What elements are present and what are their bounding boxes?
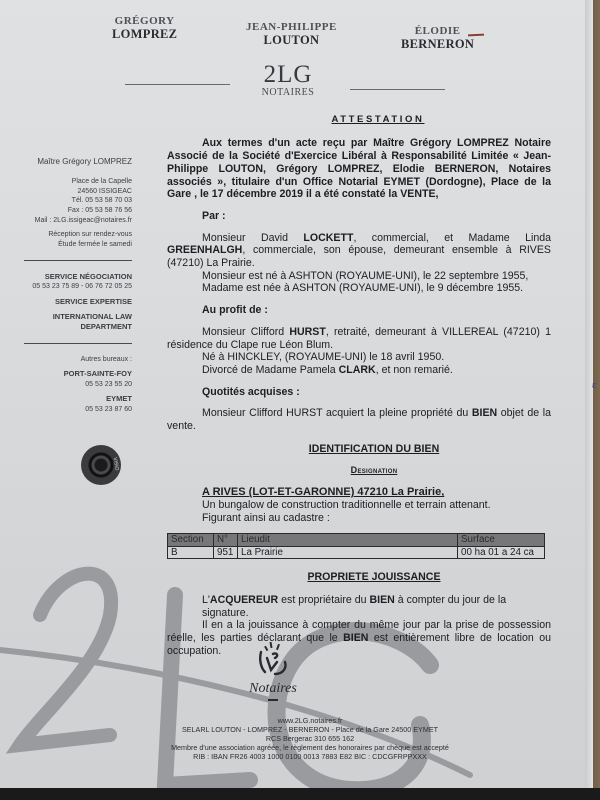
seller-birth-m: Monsieur est né à ASHTON (ROYAUME-UNI), … xyxy=(167,270,551,283)
designation-title: Designation xyxy=(197,465,551,476)
buyer-birth: Né à HINCKLEY, (ROYAUME-UNI) le 18 avril… xyxy=(167,351,551,364)
table-header-row: Section N° Lieudit Surface xyxy=(168,533,545,546)
office-sidebar: Maître Grégory LOMPREZ Place de la Capel… xyxy=(10,156,132,414)
partner-first-name: JEAN-PHILIPPE xyxy=(246,22,337,34)
other-offices-label: Autres bureaux : xyxy=(10,355,132,365)
attestation-document: GRÉGORY LOMPREZ JEAN-PHILIPPE LOUTON ÉLO… xyxy=(0,0,585,788)
partner-louton: JEAN-PHILIPPE LOUTON xyxy=(246,22,337,47)
table-surface xyxy=(0,788,600,800)
document-footer: www.2LG.notaires.fr SELARL LOUTON - LOMP… xyxy=(100,716,520,761)
sidebar-divider xyxy=(24,260,132,261)
seller-birth-f: Madame est née à ASHTON (ROYAUME-UNI), l… xyxy=(167,282,551,295)
cell-lieudit: La Prairie xyxy=(238,546,458,559)
hours-line: Réception sur rendez-vous xyxy=(10,230,132,240)
office-address: Place de la Capelle 24560 ISSIGEAC Tél. … xyxy=(10,177,132,225)
marianne-icon xyxy=(253,640,293,678)
phone-line: Tél. 05 53 58 70 03 xyxy=(10,196,132,206)
jouissance-line-1: L'ACQUEREUR est propriétaire du BIEN à c… xyxy=(167,594,551,619)
company-line: SELARL LOUTON - LOMPREZ - BERNERON - Pla… xyxy=(100,725,520,734)
quotites-paragraph: Monsieur Clifford HURST acquiert la plei… xyxy=(167,407,551,432)
sellers-paragraph: Monsieur David LOCKETT, commercial, et M… xyxy=(167,232,551,270)
office-phone: 05 53 23 55 20 xyxy=(10,380,132,390)
column-header: Section xyxy=(168,533,214,546)
profit-label: Au profit de : xyxy=(167,304,551,317)
rcs-line: RCS Bergerac 310 655 162 xyxy=(100,734,520,743)
partner-last-name: BERNERON xyxy=(401,38,474,51)
office-phone: 05 53 23 87 60 xyxy=(10,405,132,415)
cadastre-intro: Figurant ainsi au cadastre : xyxy=(167,512,551,525)
fax-line: Fax : 05 53 58 76 56 xyxy=(10,206,132,216)
document-title: ATTESTATION xyxy=(205,114,551,125)
table-row: B 951 La Prairie 00 ha 01 a 24 ca xyxy=(168,546,545,559)
logo-dash xyxy=(268,699,278,701)
page-edge xyxy=(585,0,593,790)
partner-lomprez: GRÉGORY LOMPREZ xyxy=(112,16,177,41)
notaires-text: Notaires xyxy=(238,681,308,697)
partner-first-name: GRÉGORY xyxy=(112,16,177,28)
column-header: N° xyxy=(214,533,238,546)
column-header: Lieudit xyxy=(238,533,458,546)
identification-title: IDENTIFICATION DU BIEN xyxy=(197,443,551,456)
handwritten-ink: ɛ xyxy=(592,380,596,391)
camera-label: VISIO xyxy=(111,457,119,471)
buyer-marital: Divorcé de Madame Pamela CLARK, et non r… xyxy=(167,364,551,377)
property-description: Un bungalow de construction traditionnel… xyxy=(167,499,551,512)
sidebar-divider xyxy=(24,343,132,344)
buyer-name: HURST xyxy=(289,326,326,338)
rib-line: RIB : IBAN FR26 4003 1000 0100 0013 7883… xyxy=(100,752,520,761)
pen-mark xyxy=(468,34,484,37)
jouissance-title: PROPRIETE JOUISSANCE xyxy=(197,571,551,584)
cell-number: 951 xyxy=(214,546,238,559)
partner-last-name: LOMPREZ xyxy=(112,28,177,41)
partner-berneron: ÉLODIE BERNERON xyxy=(401,26,474,51)
email-line: Mail : 2LG.issigeac@notaires.fr xyxy=(10,216,132,226)
header-divider-left xyxy=(125,84,230,85)
quotites-label: Quotités acquises : xyxy=(167,386,551,399)
service-expertise-label: SERVICE EXPERTISE xyxy=(10,297,132,307)
address-line: Place de la Capelle xyxy=(10,177,132,187)
property-address: A RIVES (LOT-ET-GARONNE) 47210 La Prairi… xyxy=(167,486,551,499)
partner-first-name: ÉLODIE xyxy=(401,26,474,38)
service-negociation-phone: 05 53 23 75 89 - 06 76 72 05 25 xyxy=(10,282,132,292)
office-name: PORT-SAINTE-FOY xyxy=(10,369,132,379)
partner-last-name: LOUTON xyxy=(246,34,337,47)
par-label: Par : xyxy=(167,210,551,223)
international-label: INTERNATIONAL LAW xyxy=(10,312,132,322)
hours-line: Étude fermée le samedi xyxy=(10,240,132,250)
cell-section: B xyxy=(168,546,214,559)
association-line: Membre d'une association agréée, le règl… xyxy=(100,743,520,752)
seller-name: GREENHALGH xyxy=(167,244,242,256)
jouissance-line-2: Il en a la jouissance à compter du même … xyxy=(167,619,551,657)
website-link[interactable]: www.2LG.notaires.fr xyxy=(100,716,520,725)
logo-mark: 2LG xyxy=(248,62,328,87)
notaires-emblem: Notaires xyxy=(238,640,308,701)
column-header: Surface xyxy=(458,533,545,546)
international-label-2: DEPARTMENT xyxy=(10,322,132,332)
address-line: 24560 ISSIGEAC xyxy=(10,187,132,197)
office-hours: Réception sur rendez-vous Étude fermée l… xyxy=(10,230,132,249)
intro-paragraph: Aux termes d'un acte reçu par Maître Gré… xyxy=(167,137,551,201)
cadastre-table: Section N° Lieudit Surface B 951 La Prai… xyxy=(167,533,545,560)
camera-lens: VISIO xyxy=(81,445,121,485)
cell-surface: 00 ha 01 a 24 ca xyxy=(458,546,545,559)
header-divider-right xyxy=(350,89,445,90)
2lg-logo: 2LG NOTAIRES xyxy=(248,62,328,98)
notary-name: Maître Grégory LOMPREZ xyxy=(10,156,132,167)
seller-name: LOCKETT xyxy=(303,232,353,244)
logo-subtitle: NOTAIRES xyxy=(248,87,328,98)
office-name: EYMET xyxy=(10,394,132,404)
service-negociation-label: SERVICE NÉGOCIATION xyxy=(10,272,132,282)
document-body: ATTESTATION Aux termes d'un acte reçu pa… xyxy=(167,114,551,658)
buyer-paragraph: Monsieur Clifford HURST, retraité, demeu… xyxy=(167,326,551,351)
